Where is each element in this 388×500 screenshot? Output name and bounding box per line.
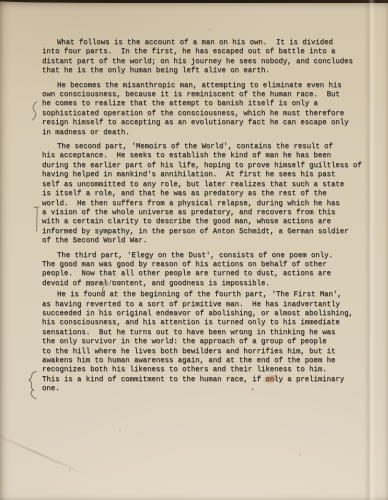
pencil-squiggle-upper	[29, 101, 39, 121]
typed-text-block: What follows is the account of a man on …	[42, 39, 364, 395]
scan-top-edge	[0, 0, 388, 3]
paper-crease-right	[364, 0, 376, 500]
rust-stain-dot	[251, 388, 254, 391]
paragraph-1: What follows is the account of a man on …	[42, 39, 364, 77]
typescript-page: What follows is the account of a man on …	[0, 0, 388, 500]
pencil-brace-lower	[26, 371, 38, 400]
paragraph-5: He is found at the beginning of the four…	[42, 291, 364, 394]
paper-crease-corner	[0, 430, 88, 477]
paragraph-2: He becomes the misanthropic man, attempt…	[42, 82, 364, 138]
pencil-line-middle	[33, 206, 41, 232]
paragraph-3: The second part, 'Memoirs of the World',…	[42, 143, 364, 246]
